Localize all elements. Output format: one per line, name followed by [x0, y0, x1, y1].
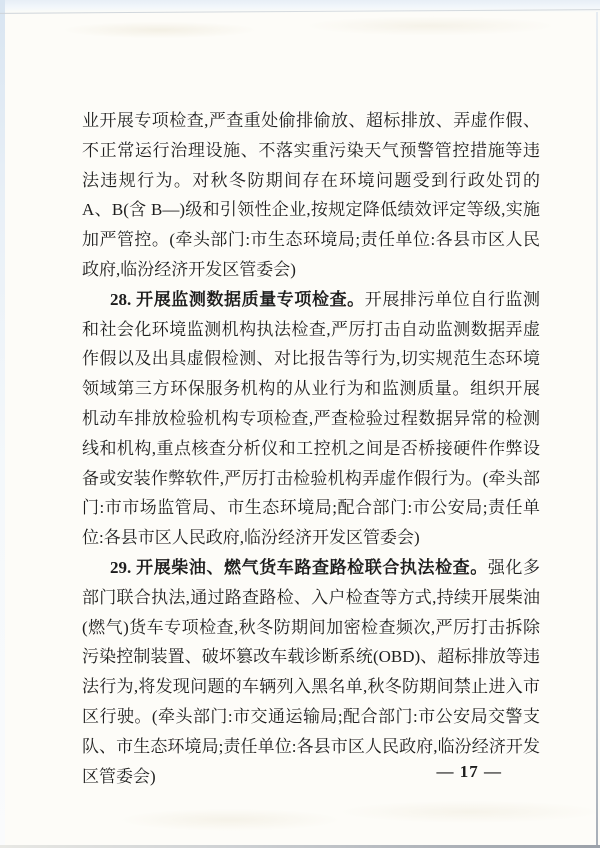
page-number: — 17 — — [437, 762, 503, 782]
paragraph-text: 开展排污单位自行监测和社会化环境监测机构执法检查,严厉打击自动监测数据弄虚作假以… — [82, 290, 540, 547]
document-body: 业开展专项检查,严查重处偷排偷放、超标排放、弄虚作假、不正常运行治理设施、不落实… — [82, 106, 540, 791]
scan-edge-left — [0, 0, 5, 848]
paragraph-text: 强化多部门联合执法,通过路查路检、入户检查等方式,持续开展柴油(燃气)货车专项检… — [82, 558, 540, 786]
paragraph-lead: 28. 开展监测数据质量专项检查。 — [110, 290, 365, 309]
document-page: 业开展专项检查,严查重处偷排偷放、超标排放、弄虚作假、不正常运行治理设施、不落实… — [0, 0, 600, 848]
paragraph-lead: 29. 开展柴油、燃气货车路查路检联合执法检查。 — [110, 558, 488, 577]
scan-edge-right — [596, 12, 598, 848]
paragraph-29: 29. 开展柴油、燃气货车路查路检联合执法检查。强化多部门联合执法,通过路查路检… — [82, 553, 540, 791]
paragraph-text: 业开展专项检查,严查重处偷排偷放、超标排放、弄虚作假、不正常运行治理设施、不落实… — [82, 111, 540, 279]
paragraph-27-continuation: 业开展专项检查,严查重处偷排偷放、超标排放、弄虚作假、不正常运行治理设施、不落实… — [82, 106, 540, 285]
paragraph-28: 28. 开展监测数据质量专项检查。开展排污单位自行监测和社会化环境监测机构执法检… — [82, 285, 540, 553]
